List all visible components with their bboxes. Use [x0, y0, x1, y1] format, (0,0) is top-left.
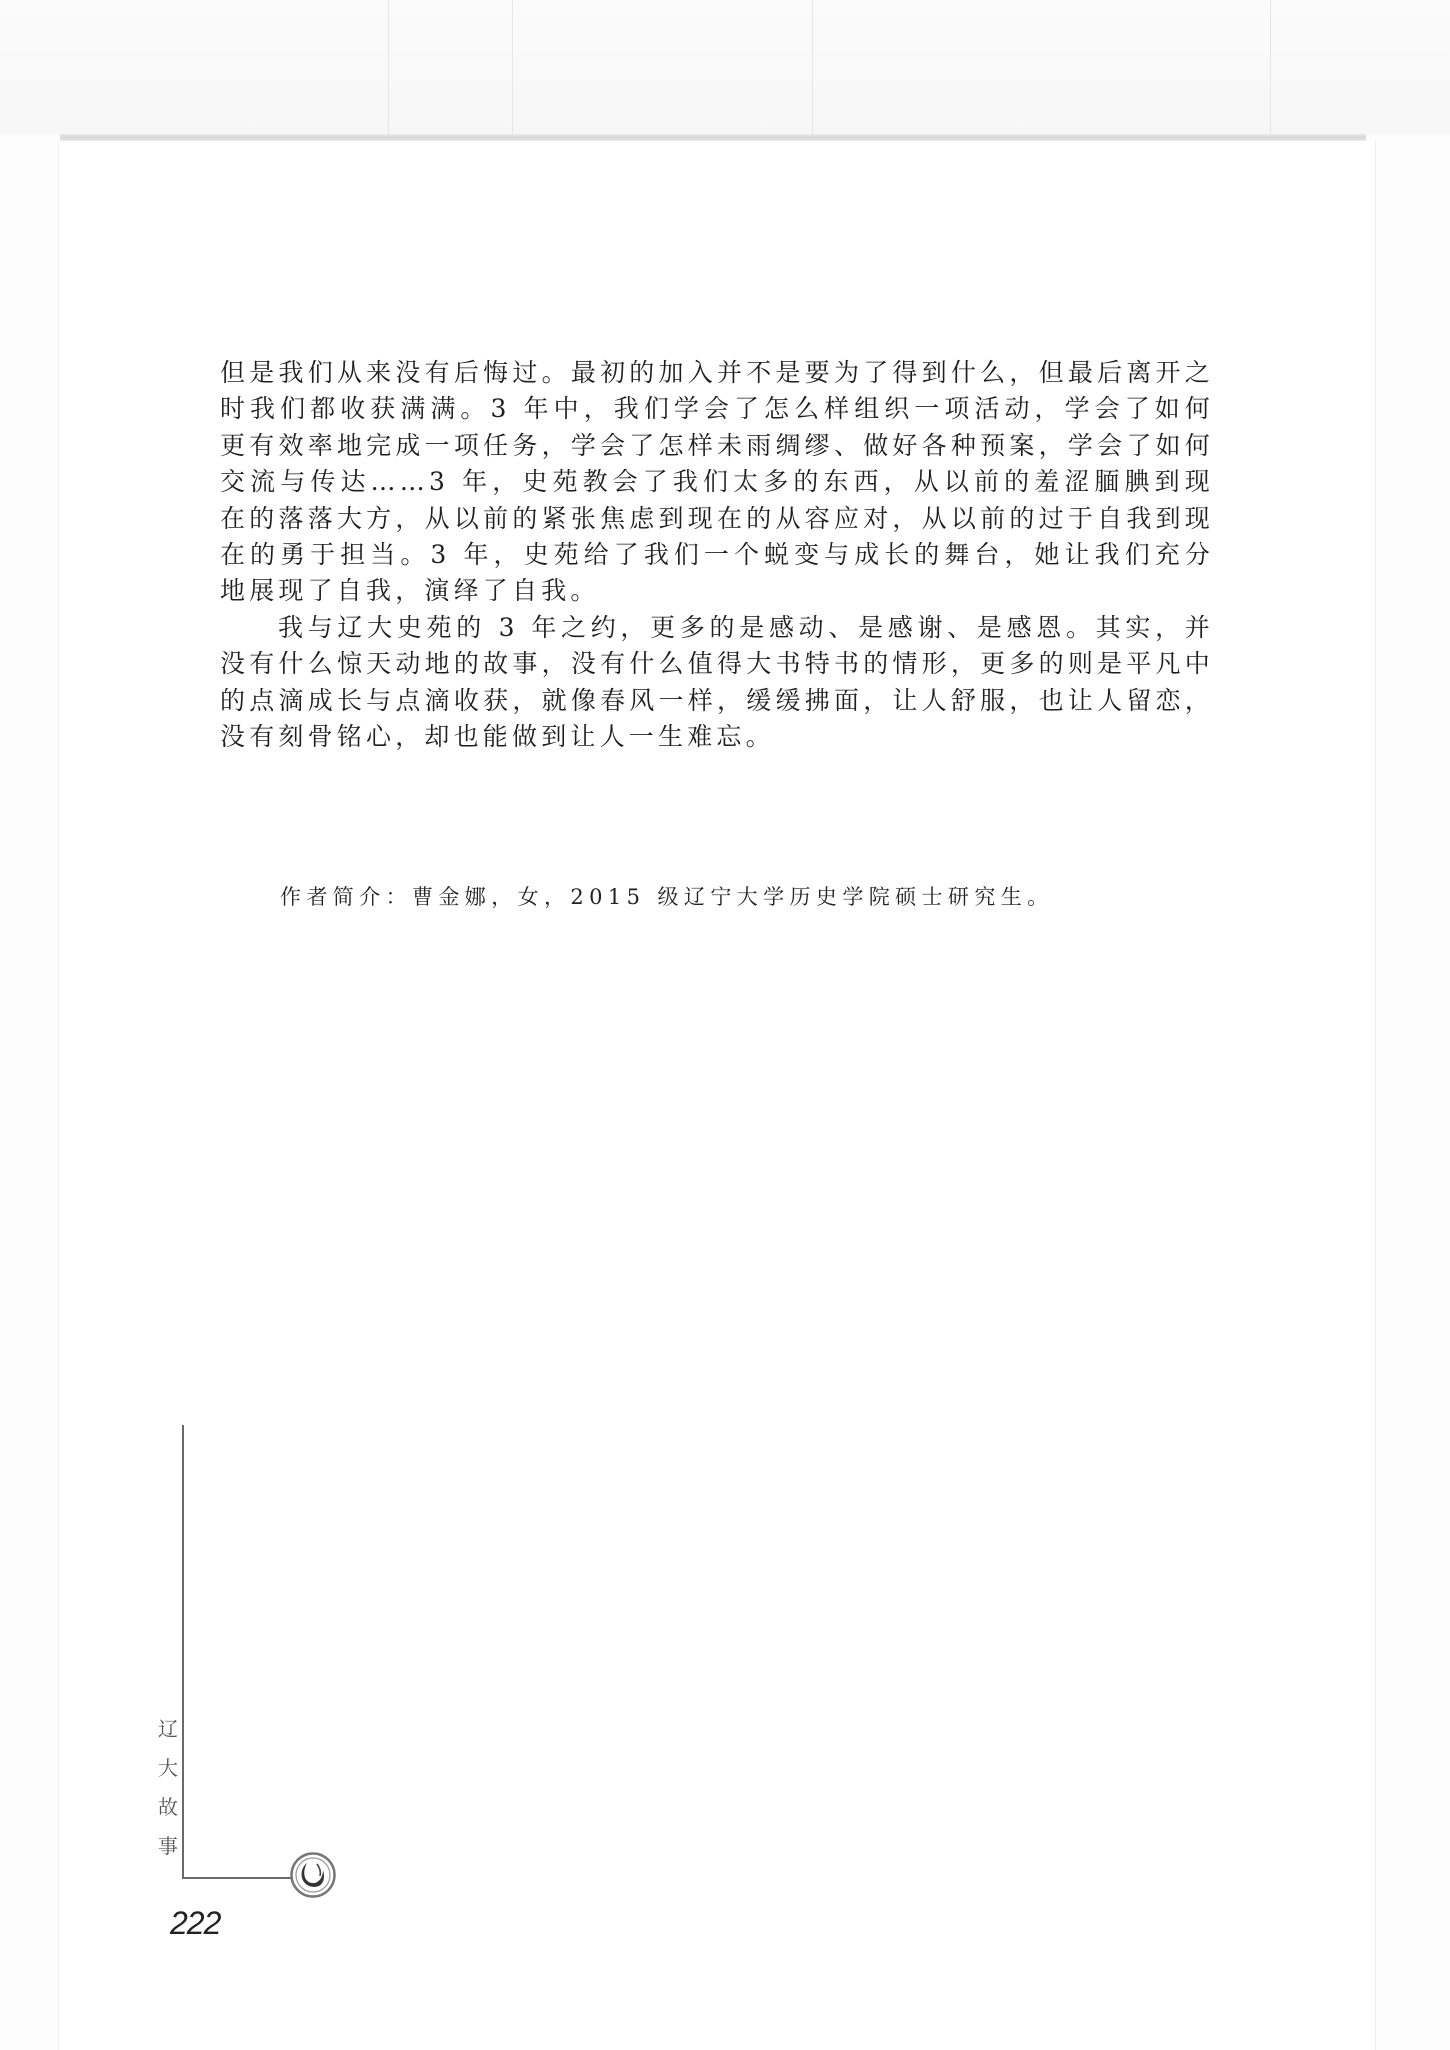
scan-artifact-line [388, 0, 389, 145]
scan-background [0, 0, 1450, 135]
body-text: 但是我们从来没有后悔过。最初的加入并不是要为了得到什么，但最后离开之时我们都收获… [220, 355, 1214, 755]
university-logo-icon [290, 1852, 336, 1898]
series-title-vertical: 辽 大 故 事 [156, 1710, 180, 1866]
series-title-char: 大 [156, 1749, 180, 1788]
series-title-char: 故 [156, 1788, 180, 1827]
page-top-shadow [60, 134, 1366, 141]
page-number: 222 [170, 1905, 220, 1942]
scan-artifact-line [1270, 0, 1271, 145]
margin-vertical-rule [182, 1425, 184, 1878]
paragraph-2: 我与辽大史苑的 3 年之约，更多的是感动、是感谢、是感恩。其实，并没有什么惊天动… [220, 610, 1214, 756]
paragraph-1: 但是我们从来没有后悔过。最初的加入并不是要为了得到什么，但最后离开之时我们都收获… [220, 355, 1214, 610]
scan-artifact-line [512, 0, 513, 145]
scan-artifact-line [812, 0, 813, 145]
author-bio: 作者简介：曹金娜，女，2015 级辽宁大学历史学院硕士研究生。 [280, 882, 1180, 912]
series-title-char: 辽 [156, 1710, 180, 1749]
series-title-char: 事 [156, 1827, 180, 1866]
margin-horizontal-rule [182, 1877, 292, 1879]
